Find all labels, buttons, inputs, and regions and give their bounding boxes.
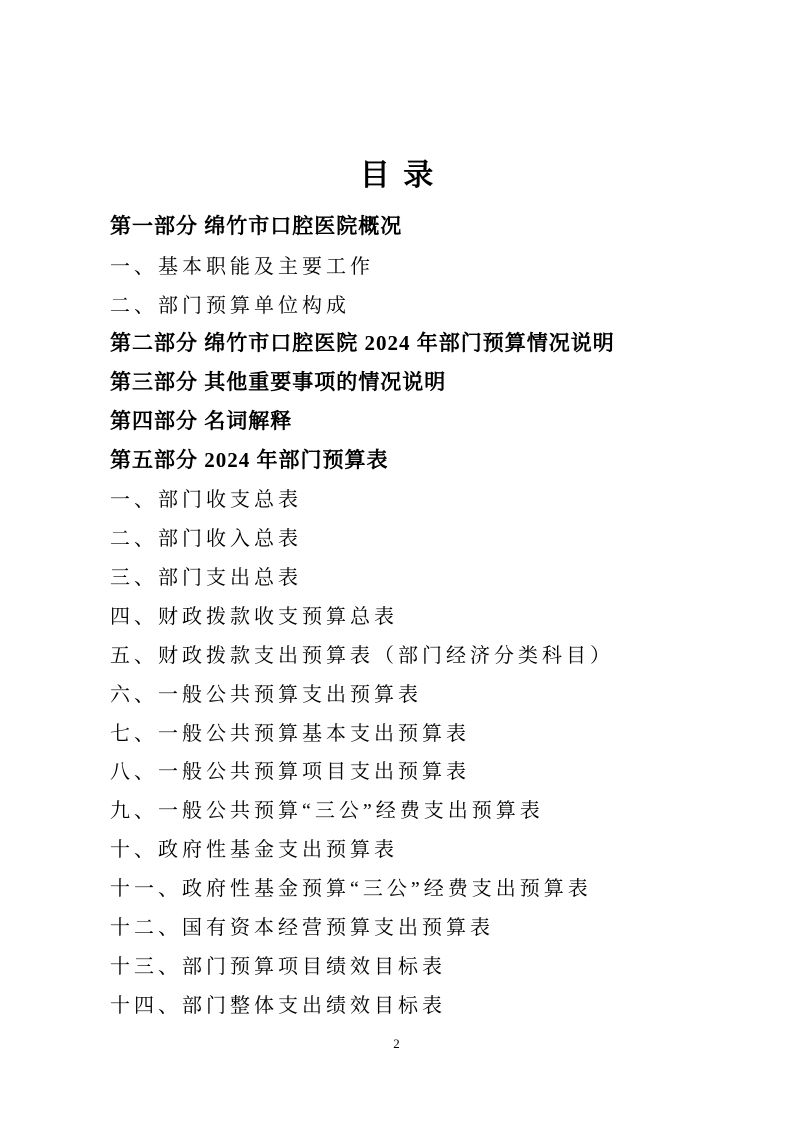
toc-entry-table-11: 十一、政府性基金预算“三公”经费支出预算表 <box>110 867 723 906</box>
page-title: 目录 <box>0 150 793 194</box>
toc-entry-part-5: 第五部分 2024 年部门预算表 <box>110 439 723 478</box>
toc-entry-part-1: 第一部分 绵竹市口腔医院概况 <box>110 206 723 245</box>
toc-entry-functions: 一、基本职能及主要工作 <box>110 245 723 284</box>
page-number: 2 <box>0 1036 793 1052</box>
toc-entry-table-3: 三、部门支出总表 <box>110 556 723 595</box>
toc-entry-table-12: 十二、国有资本经营预算支出预算表 <box>110 906 723 945</box>
toc-entry-table-2: 二、部门收入总表 <box>110 517 723 556</box>
toc-entry-table-4: 四、财政拨款收支预算总表 <box>110 595 723 634</box>
toc-entry-table-5: 五、财政拨款支出预算表（部门经济分类科目） <box>110 634 723 673</box>
toc-entry-table-8: 八、一般公共预算项目支出预算表 <box>110 750 723 789</box>
toc-entry-table-7: 七、一般公共预算基本支出预算表 <box>110 712 723 751</box>
toc-entry-part-4: 第四部分 名词解释 <box>110 400 723 439</box>
toc-entry-table-9: 九、一般公共预算“三公”经费支出预算表 <box>110 789 723 828</box>
toc-entry-part-3: 第三部分 其他重要事项的情况说明 <box>110 362 723 401</box>
toc-entry-table-13: 十三、部门预算项目绩效目标表 <box>110 945 723 984</box>
toc-entry-table-14: 十四、部门整体支出绩效目标表 <box>110 984 723 1023</box>
toc-entry-composition: 二、部门预算单位构成 <box>110 284 723 323</box>
toc-entry-table-1: 一、部门收支总表 <box>110 478 723 517</box>
toc-entry-table-10: 十、政府性基金支出预算表 <box>110 828 723 867</box>
toc-entry-table-6: 六、一般公共预算支出预算表 <box>110 673 723 712</box>
toc-entry-part-2: 第二部分 绵竹市口腔医院 2024 年部门预算情况说明 <box>110 323 723 362</box>
document-page: 目录 第一部分 绵竹市口腔医院概况 一、基本职能及主要工作 二、部门预算单位构成… <box>0 0 793 1122</box>
table-of-contents: 第一部分 绵竹市口腔医院概况 一、基本职能及主要工作 二、部门预算单位构成 第二… <box>110 206 723 1023</box>
